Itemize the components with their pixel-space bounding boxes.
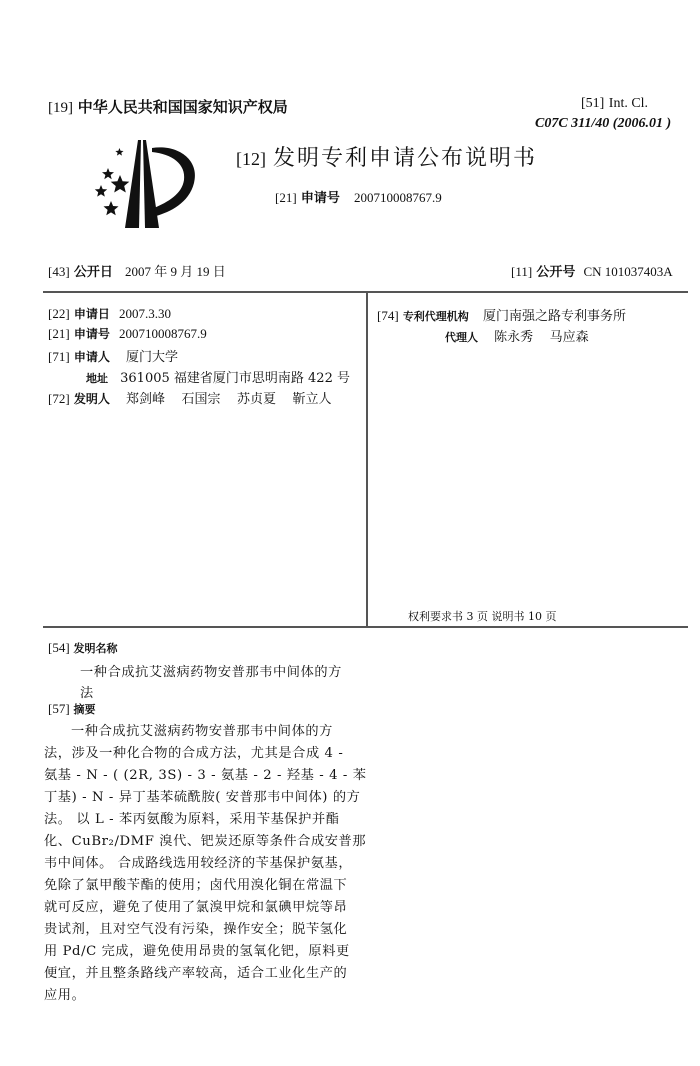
logo-crescent	[152, 147, 195, 216]
pub-no-value: CN 101037403A	[583, 264, 672, 279]
star-icon	[115, 148, 123, 156]
biblio-row-agent: 代理人 陈永秀 马应森	[445, 326, 589, 345]
doc-type-code: [12]	[236, 149, 266, 169]
biblio-row-filing-date: [22] 申请日 2007.3.30	[48, 305, 171, 322]
field-label: 发明人	[74, 392, 110, 406]
biblio-row-agency: [74] 专利代理机构 厦门南强之路专利事务所	[377, 305, 626, 324]
field-value: 厦门南强之路专利事务所	[483, 309, 626, 324]
field-code: [21]	[48, 326, 70, 341]
field-label: 代理人	[445, 331, 478, 344]
field-label: 申请人	[74, 350, 110, 364]
abstract-line: 氨基 - N - ( (2R, 3S) - 3 - 氨基 - 2 - 羟基 - …	[44, 764, 367, 783]
pub-no-label: 公开号	[536, 265, 575, 280]
office-name: 中华人民共和国国家知识产权局	[78, 98, 288, 116]
field-value: 陈永秀 马应森	[494, 330, 589, 345]
section-code: [57]	[48, 701, 70, 716]
intcl-code: [51]	[581, 96, 604, 111]
field-label: 申请号	[74, 327, 110, 341]
field-label: 专利代理机构	[403, 310, 469, 323]
pub-no-row: [11] 公开号 CN 101037403A	[511, 261, 673, 280]
page-count: 权利要求书 3 页 说明书 10 页	[408, 608, 556, 624]
cnipa-logo-icon	[88, 138, 200, 230]
abstract-line: 法，涉及一种化合物的合成方法，尤其是合成 4 -	[44, 742, 343, 761]
field-label: 申请日	[74, 307, 110, 321]
office-header: [19] 中华人民共和国国家知识产权局	[48, 96, 288, 117]
star-icon	[95, 185, 107, 197]
office-code: [19]	[48, 100, 73, 116]
abstract-section-heading: [57] 摘要	[48, 701, 96, 717]
divider-bottom	[43, 626, 688, 628]
biblio-row-address: 地址 361005 福建省厦门市思明南路 422 号	[86, 367, 350, 386]
field-value: 200710008767.9	[119, 326, 207, 341]
intcl-label: Int. Cl.	[609, 96, 648, 111]
abstract-line: 化、CuBr₂/DMF 溴代、钯炭还原等条件合成安普那	[44, 830, 366, 849]
abstract-line: 便宜，并且整条路线产率较高，适合工业化生产的	[44, 962, 347, 981]
abstract-line: 应用。	[44, 984, 85, 1003]
doc-type-title: 发明专利申请公布说明书	[273, 146, 537, 171]
star-icon	[104, 201, 119, 215]
logo-spike-left	[125, 140, 141, 228]
section-label: 发明名称	[74, 642, 118, 655]
field-value: 2007.3.30	[119, 306, 171, 321]
field-value: 郑剑峰 石国宗 苏贞夏 靳立人	[126, 392, 332, 407]
app-no-label: 申请号	[301, 191, 340, 206]
field-value: 厦门大学	[126, 350, 178, 365]
abstract-line: 丁基) - N - 异丁基苯硫酰胺( 安普那韦中间体) 的方	[44, 786, 360, 805]
divider-vertical	[366, 292, 368, 628]
abstract-line: 贵试剂，且对空气没有污染，操作安全；脱苄氢化	[44, 918, 347, 937]
star-icon	[102, 168, 114, 179]
invention-title-line: 法	[80, 682, 94, 701]
app-no-code: [21]	[275, 190, 297, 205]
field-code: [22]	[48, 306, 70, 321]
field-value: 361005 福建省厦门市思明南路 422 号	[120, 371, 350, 386]
invention-title-line: 一种合成抗艾滋病药物安普那韦中间体的方	[80, 661, 342, 680]
intcl-header: [51] Int. Cl.	[581, 95, 648, 112]
field-code: [71]	[48, 349, 70, 364]
pub-date-code: [43]	[48, 264, 70, 279]
field-code: [72]	[48, 391, 70, 406]
abstract-line: 一种合成抗艾滋病药物安普那韦中间体的方	[71, 720, 333, 739]
star-icon	[111, 175, 130, 193]
intcl-value: C07C 311/40 (2006.01 )	[535, 116, 671, 132]
section-label: 摘要	[74, 703, 96, 716]
abstract-line: 法。 以 L - 苯丙氨酸为原料，采用苄基保护并酯	[44, 808, 340, 827]
pub-date-value: 2007 年 9 月 19 日	[125, 264, 226, 279]
biblio-row-inventors: [72] 发明人 郑剑峰 石国宗 苏贞夏 靳立人	[48, 388, 332, 407]
field-code: [74]	[377, 308, 399, 323]
pub-date-label: 公开日	[74, 265, 113, 280]
app-no-value: 200710008767.9	[354, 190, 442, 205]
abstract-line: 就可反应，避免了使用了氯溴甲烷和氯碘甲烷等昂	[44, 896, 347, 915]
app-no-header: [21] 申请号 200710008767.9	[275, 187, 442, 206]
biblio-row-applicant: [71] 申请人 厦门大学	[48, 346, 178, 365]
doc-type-header: [12] 发明专利申请公布说明书	[236, 141, 537, 172]
title-section-heading: [54] 发明名称	[48, 640, 118, 656]
pub-no-code: [11]	[511, 264, 532, 279]
abstract-line: 韦中间体。 合成路线选用较经济的苄基保护氨基，	[44, 852, 352, 871]
pub-date-row: [43] 公开日 2007 年 9 月 19 日	[48, 261, 226, 280]
field-label: 地址	[86, 372, 108, 385]
section-code: [54]	[48, 640, 70, 655]
abstract-line: 用 Pd/C 完成，避免使用昂贵的氢氧化钯，原料更	[44, 940, 350, 959]
biblio-row-app-no: [21] 申请号 200710008767.9	[48, 325, 207, 342]
abstract-line: 免除了氯甲酸苄酯的使用；卤代用溴化铜在常温下	[44, 874, 347, 893]
